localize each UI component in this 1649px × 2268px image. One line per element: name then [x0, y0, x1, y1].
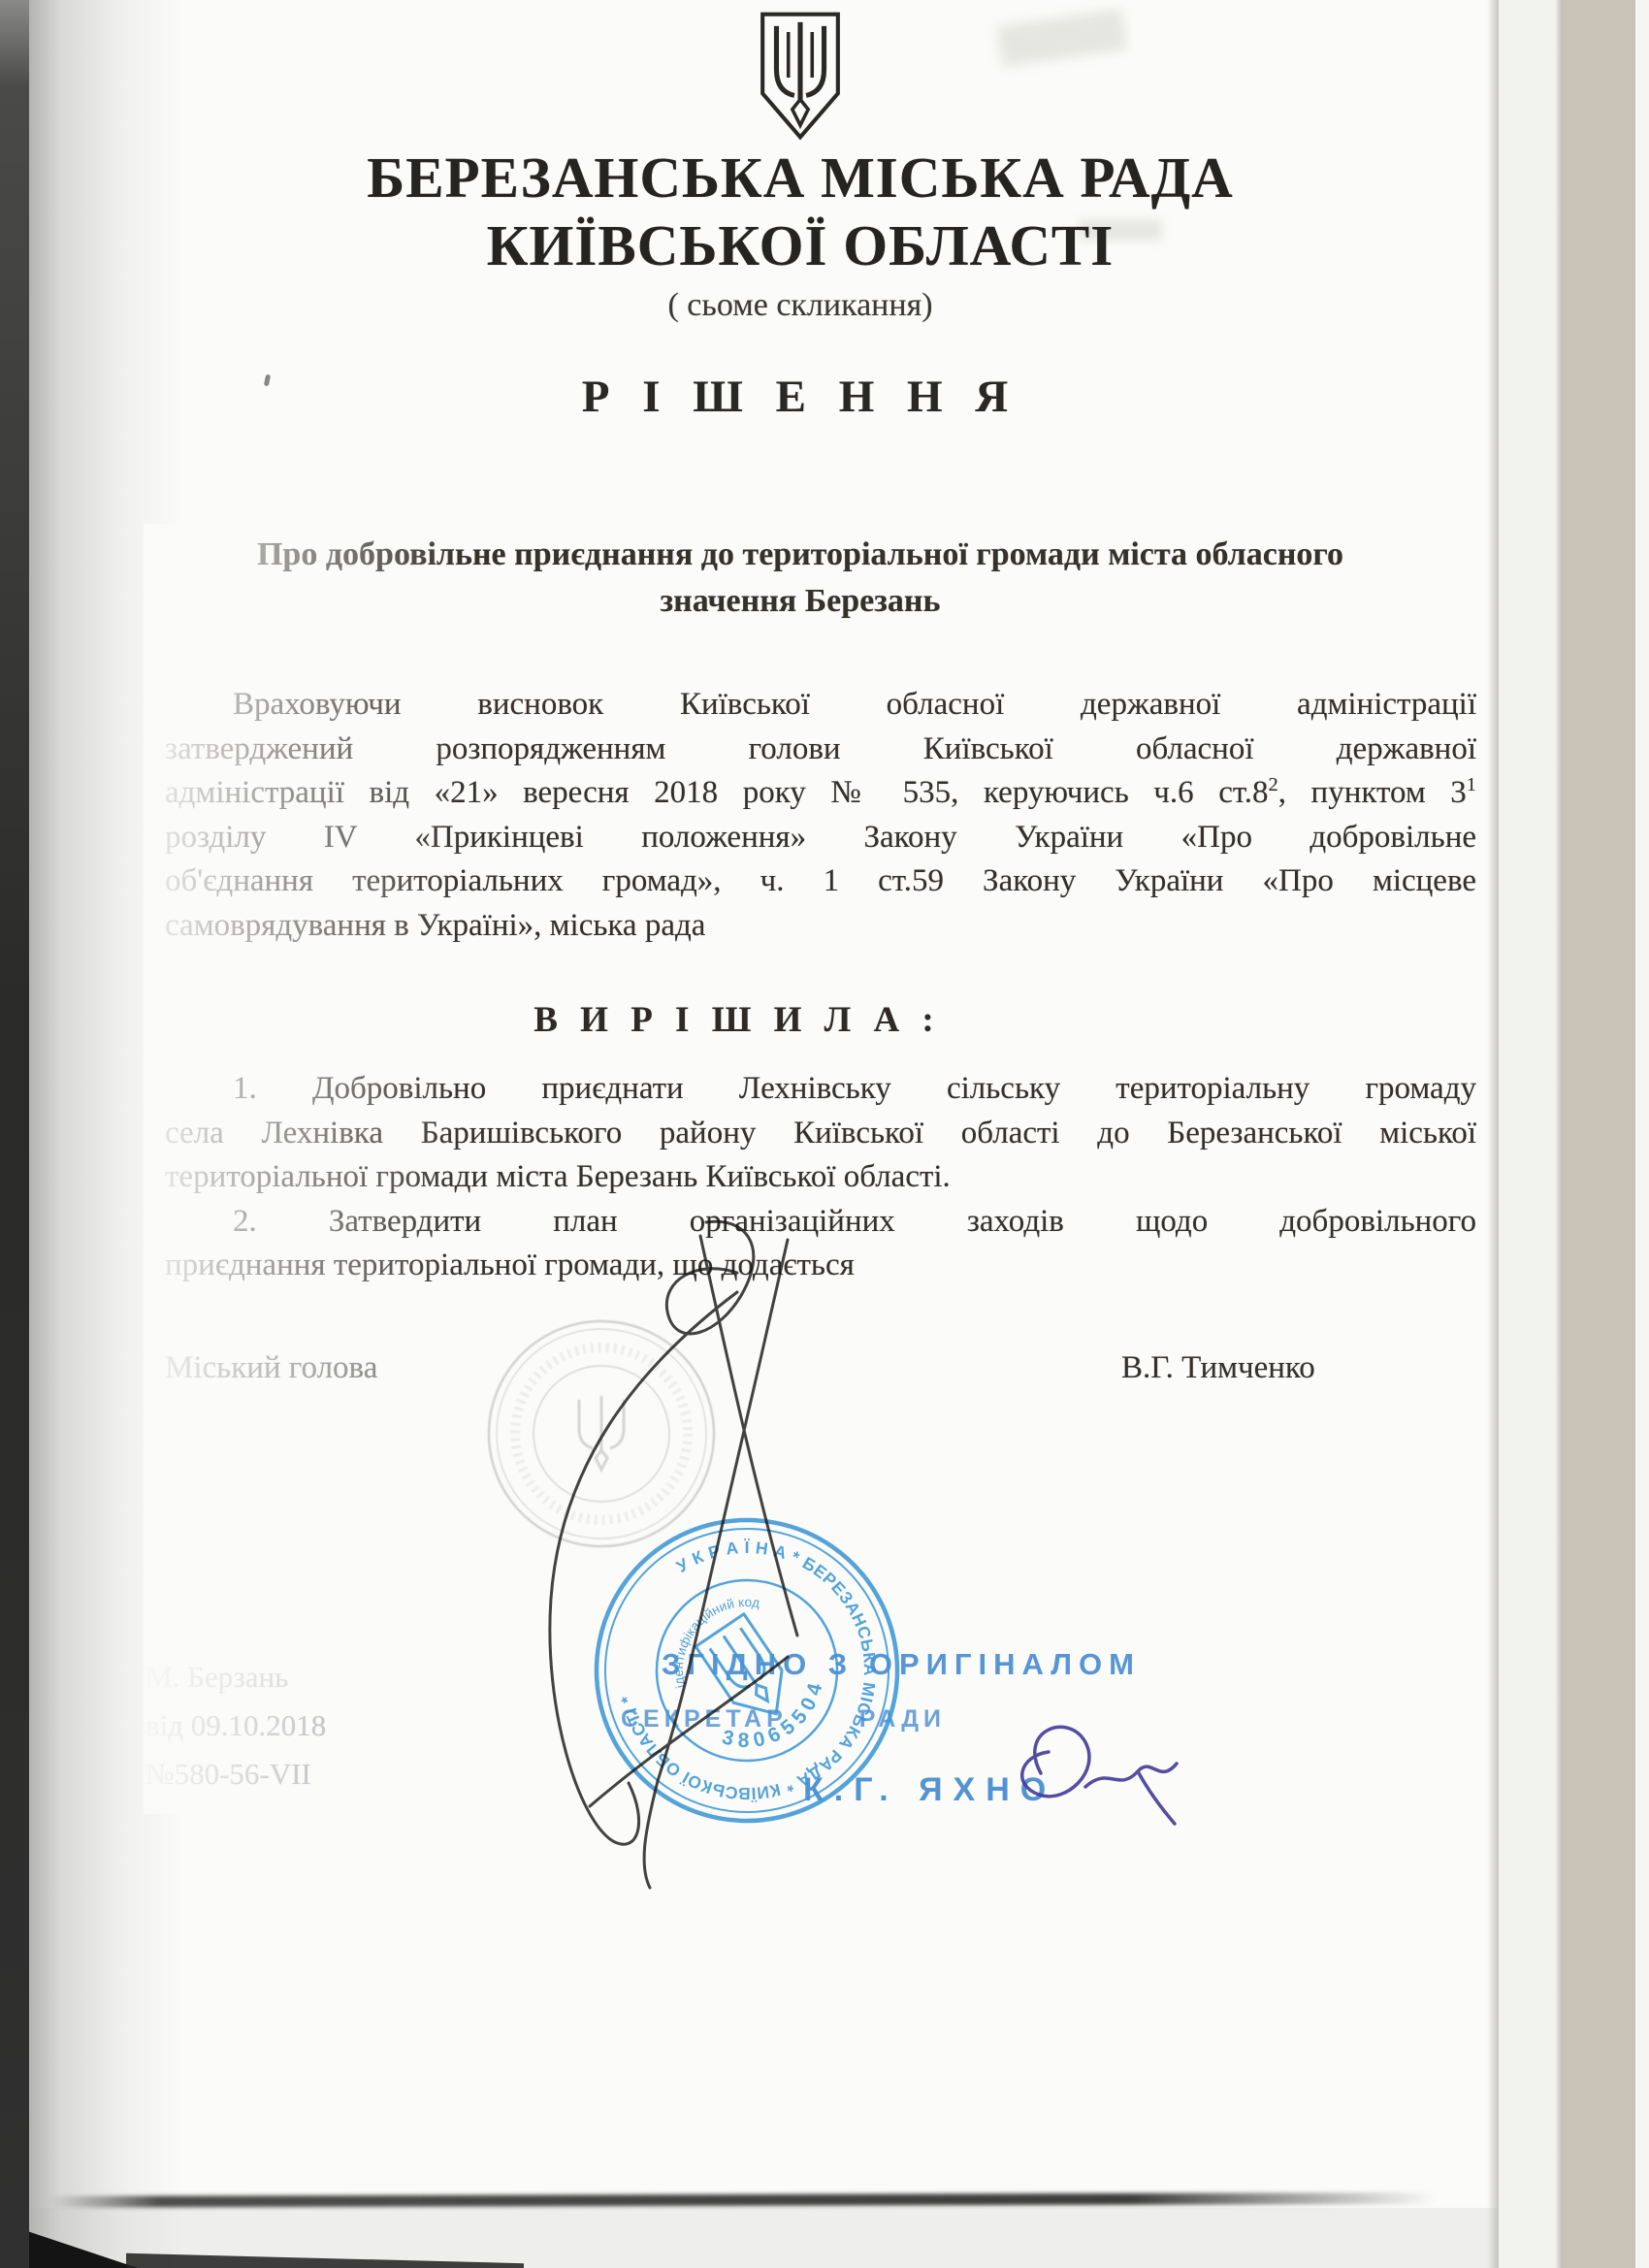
preamble-line: адміністрації від «21» вересня 2018 року…: [165, 771, 1476, 816]
pencil-smudge: [997, 9, 1128, 67]
preamble-paragraph: Враховуючи висновок Київської обласної д…: [165, 683, 1476, 948]
preamble-line3-text: адміністрації від «21» вересня 2018 року…: [165, 775, 1269, 810]
resolved-heading: В И Р І Ш И Л А :: [82, 999, 1392, 1041]
preamble-line: затверджений розпорядженням голови Київс…: [165, 728, 1476, 772]
preamble-line: самоврядування в Україні», міська рада: [165, 904, 1476, 949]
scan-right-edge: [1635, 0, 1649, 2268]
statute-superscript: 2: [1269, 774, 1278, 795]
preamble-line: Враховуючи висновок Київської обласної д…: [165, 683, 1476, 728]
item1-line: села Лехнівка Баришівського району Київс…: [165, 1112, 1476, 1156]
scan-left-edge: [0, 0, 29, 2268]
document-type-title: Р І Ш Е Н Н Я: [121, 371, 1479, 423]
council-name-line1: БЕРЕЗАНСЬКА МІСЬКА РАДА: [121, 146, 1479, 210]
preamble-line: розділу IV «Прикінцеві положення» Закону…: [165, 816, 1476, 860]
document-page: БЕРЕЗАНСЬКА МІСЬКА РАДА КИЇВСЬКОЇ ОБЛАСТ…: [29, 0, 1499, 2268]
council-name-line2: КИЇВСЬКОЇ ОБЛАСТІ: [121, 213, 1479, 277]
ukraine-trident-emblem-icon: [755, 10, 846, 142]
mayor-name: В.Г. Тимченко: [1121, 1350, 1315, 1386]
statute-superscript: 1: [1467, 774, 1476, 795]
convocation-line: ( сьоме скликання): [121, 287, 1479, 324]
item1-line: територіальної громади міста Березань Ки…: [165, 1155, 1476, 1200]
preamble-line: об'єднання територіальних громад», ч. 1 …: [165, 859, 1476, 904]
mayor-signature: [446, 1203, 892, 1921]
scanned-document: БЕРЕЗАНСЬКА МІСЬКА РАДА КИЇВСЬКОЇ ОБЛАСТ…: [0, 0, 1649, 2268]
subject-line2: значення Березань: [121, 578, 1479, 625]
mayor-title: Міський голова: [165, 1350, 377, 1386]
item1-line: 1. Добровільно приєднати Лехнівську сіль…: [165, 1067, 1476, 1112]
secretary-signature: [985, 1709, 1193, 1850]
underlying-page-edge: [1499, 0, 1563, 2268]
preamble-line3-text: , пунктом 3: [1278, 775, 1467, 810]
subject-line1: Про добровільне приєднання до територіал…: [121, 532, 1479, 578]
